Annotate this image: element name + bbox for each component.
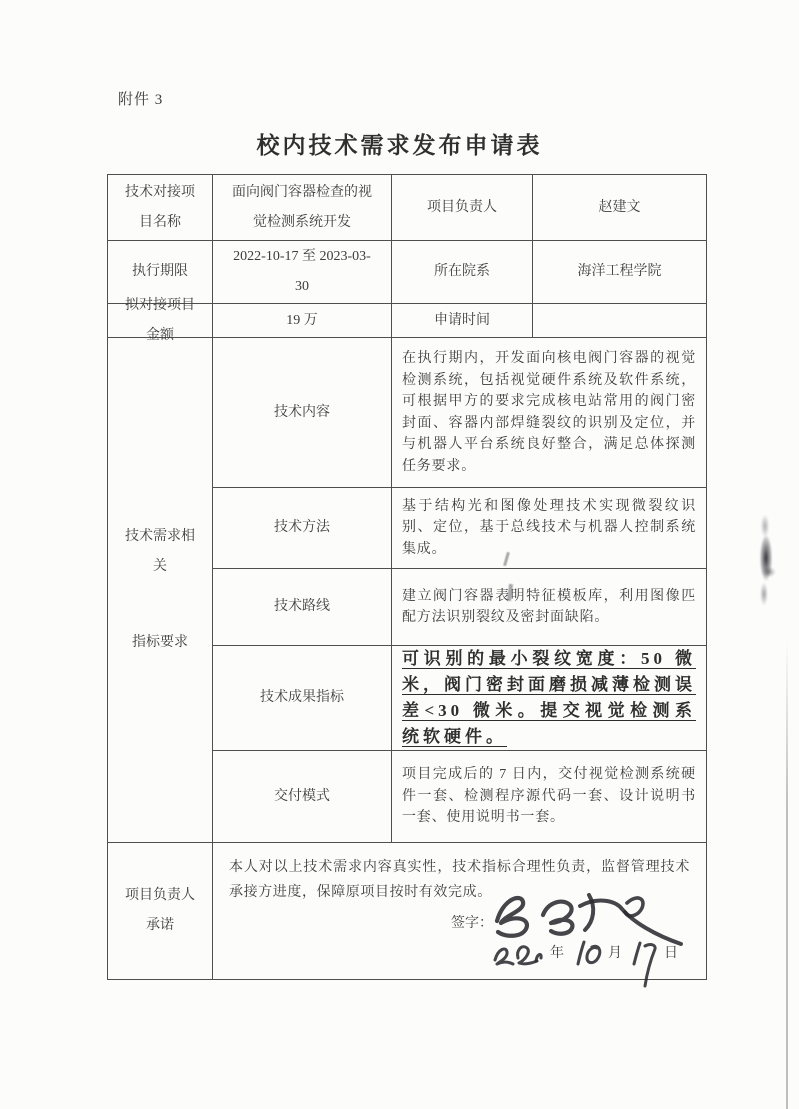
date-year-label: 年 — [550, 939, 564, 969]
project-leader-label-cell: 项目负责人 — [392, 175, 533, 241]
tech-result-value-cell: 可识别的最小裂纹宽度：50 微米，阀门密封面磨损减薄检测误差<30 微米。提交视… — [392, 646, 706, 751]
delivery-mode-value-cell: 项目完成后的 7 日内，交付视觉检测系统硬件一套、检测程序源代码一套、设计说明书… — [392, 751, 706, 843]
tech-method-value-cell: 基于结构光和图像处理技术实现微裂纹识别、定位，基于总线技术与机器人控制系统集成。 — [392, 488, 706, 569]
scan-edge-line — [786, 640, 788, 1109]
tech-result-label-cell: 技术成果指标 — [213, 646, 392, 751]
delivery-mode-label-cell: 交付模式 — [213, 751, 392, 843]
attachment-label: 附件 3 — [118, 88, 163, 109]
tech-route-value-cell: 建立阀门容器表明特征模板库，利用图像匹配方法识别裂纹及密封面缺陷。 — [392, 569, 706, 646]
apply-time-label-cell: 申请时间 — [392, 304, 533, 338]
form-title: 校内技术需求发布申请表 — [0, 127, 799, 160]
tech-route-label-cell: 技术路线 — [213, 569, 392, 646]
tech-content-label-cell: 技术内容 — [213, 338, 392, 488]
date-day-scrawl — [629, 938, 657, 990]
date-line: 年 月 日 — [491, 935, 678, 973]
commitment-label-cell: 项目负责人承诺 — [108, 843, 213, 979]
date-day-label: 日 — [664, 939, 678, 969]
requirements-section-label-line1: 技术需求相关 — [122, 522, 198, 582]
date-month-label: 月 — [608, 939, 622, 969]
budget-label-cell: 拟对接项目金额 — [108, 304, 213, 338]
apply-time-value-cell — [533, 304, 706, 338]
budget-value-cell: 19 万 — [213, 304, 392, 338]
tech-content-value-cell: 在执行期内，开发面向核电阀门容器的视觉检测系统，包括视觉硬件系统及软件系统，可根… — [392, 338, 706, 488]
requirements-section-label-line2: 指标要求 — [132, 628, 188, 658]
department-value-cell: 海洋工程学院 — [533, 241, 706, 304]
ink-smudge — [752, 510, 780, 620]
project-leader-value-cell: 赵建文 — [533, 175, 706, 241]
department-label-cell: 所在院系 — [392, 241, 533, 304]
commitment-content-cell: 本人对以上技术需求内容真实性，技术指标合理性负责，监督管理技术承接方进度，保障原… — [213, 843, 706, 979]
tech-method-text: 基于结构光和图像处理技术实现微裂纹识别、定位，基于总线技术与机器人控制系统集成。 — [402, 496, 696, 561]
requirements-section-label-cell: 技术需求相关 指标要求 — [108, 338, 213, 843]
delivery-mode-text: 项目完成后的 7 日内，交付视觉检测系统硬件一套、检测程序源代码一套、设计说明书… — [402, 764, 696, 829]
tech-method-label-cell: 技术方法 — [213, 488, 392, 569]
tech-content-text: 在执行期内，开发面向核电阀门容器的视觉检测系统，包括视觉硬件系统及软件系统，可根… — [402, 348, 696, 477]
project-name-value-cell: 面向阀门容器检查的视觉检测系统开发 — [213, 175, 392, 241]
execution-period-value-cell: 2022-10-17 至 2023-03-30 — [213, 241, 392, 304]
tech-result-text: 可识别的最小裂纹宽度：50 微米，阀门密封面磨损减薄检测误差<30 微米。提交视… — [402, 646, 696, 750]
application-form-table: 技术对接项目名称 面向阀门容器检查的视觉检测系统开发 项目负责人 赵建文 执行期… — [107, 174, 707, 980]
date-year-scrawl — [491, 937, 543, 971]
scanned-page: 附件 3 校内技术需求发布申请表 技术对接项目名称 面向阀门容器检查的视觉检测系… — [0, 0, 799, 1109]
date-month-scrawl — [571, 935, 601, 973]
tech-route-text: 建立阀门容器表明特征模板库，利用图像匹配方法识别裂纹及密封面缺陷。 — [402, 586, 696, 629]
project-name-label-cell: 技术对接项目名称 — [108, 175, 213, 241]
